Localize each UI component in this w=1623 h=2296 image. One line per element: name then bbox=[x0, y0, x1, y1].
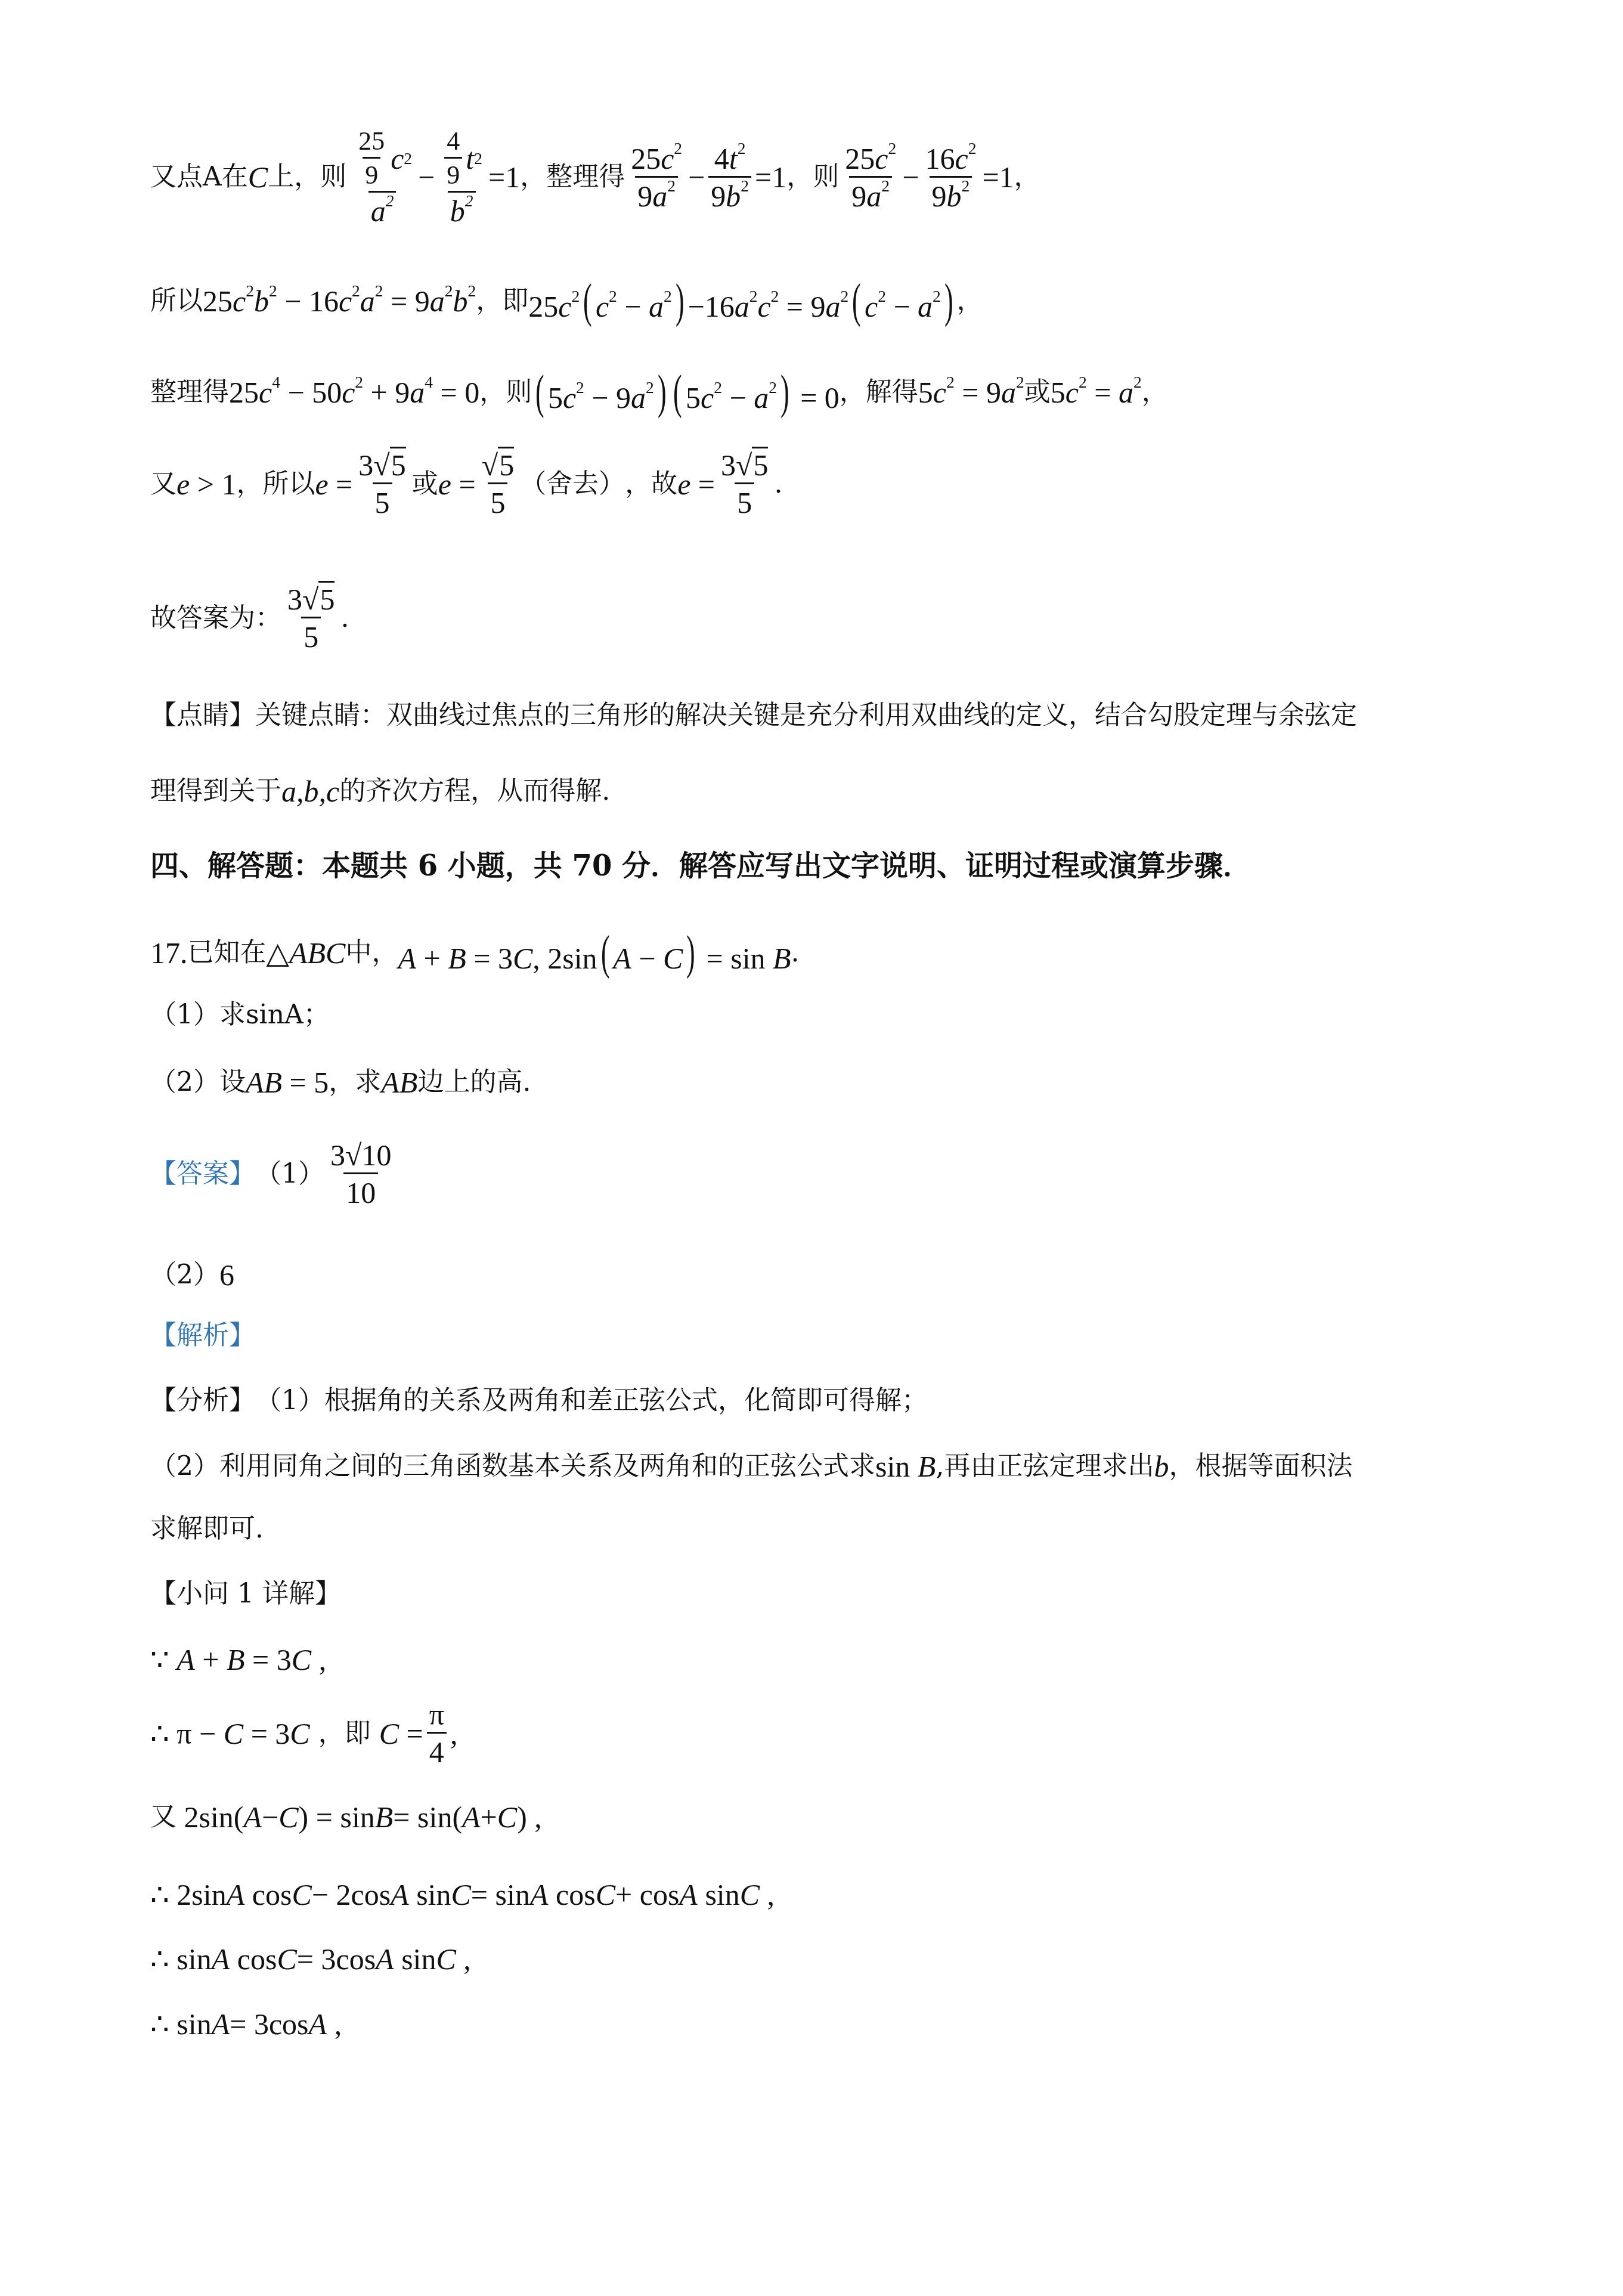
text: 故答案为： bbox=[150, 605, 281, 632]
text: 中， bbox=[345, 940, 398, 966]
text: ， bbox=[1142, 379, 1168, 406]
math-expr: 25c2(c2 − a2)−16a2c2 = 9a2(c2 − a2) bbox=[528, 277, 956, 325]
text: 所以 bbox=[150, 288, 203, 314]
math-expr: 25c4 − 50c2 + 9a4 = 0 bbox=[229, 377, 479, 407]
text: 求sinA； bbox=[219, 1002, 330, 1028]
solution-line-3: 整理得 25c4 − 50c2 + 9a4 = 0 ，则 (5c2 − 9a2)… bbox=[150, 369, 1168, 416]
analysis-line-1: 【分析】 （1）根据角的关系及两角和差正弦公式，化简即可得解； bbox=[150, 1388, 928, 1414]
text: ，故 bbox=[625, 471, 677, 497]
text: 理得到关于 bbox=[150, 778, 281, 804]
complex-fraction-1: 259c2a2 − 49t2b2 =1 bbox=[346, 128, 520, 226]
text: （1） bbox=[150, 1002, 219, 1028]
text: （2） bbox=[150, 1069, 219, 1096]
text: 又点A在 bbox=[150, 164, 248, 190]
solution-line-4: 又 e > 1 ，所以 e =3√55 或 e =√55 （舍去） ，故 e =… bbox=[150, 450, 782, 518]
analysis-line-2: （2）利用同角之间的三角函数基本关系及两角和的正弦公式求 sin B ,再由正弦… bbox=[150, 1452, 1352, 1481]
text: （1）根据角的关系及两角和差正弦公式，化简即可得解； bbox=[255, 1388, 928, 1414]
detail-step-5: ∴ sin A cos C = 3cos A sin C , bbox=[150, 1944, 471, 1974]
text: 整理得 bbox=[150, 379, 229, 406]
math-expr: 5c2 = a2 bbox=[1051, 377, 1142, 407]
text: ，根据等面积法 bbox=[1169, 1453, 1352, 1480]
text: 已知在 bbox=[188, 940, 267, 966]
text: 或 bbox=[1024, 379, 1051, 406]
math-expr: (5c2 − 9a2)(5c2 − a2) = 0 bbox=[532, 369, 840, 416]
math-var: a,b,c bbox=[281, 776, 339, 806]
detail-step-4: ∴ 2sin A cos C − 2cos A sin C = sin A co… bbox=[150, 1880, 775, 1910]
text: ，所以 bbox=[236, 471, 315, 497]
text: ，整理得 bbox=[520, 164, 625, 190]
text: . bbox=[774, 471, 782, 497]
answer-line-1: 【答案】 （1） 3√1010 bbox=[150, 1140, 397, 1208]
math-expr: 3√55 bbox=[281, 584, 340, 652]
text: 设 bbox=[219, 1069, 246, 1096]
problem-number: 17. bbox=[150, 938, 188, 968]
text: 或 bbox=[412, 471, 438, 497]
math-var: △ABC bbox=[267, 938, 346, 968]
math-expr: A + B = 3C, 2sin(A − C) = sin B bbox=[398, 929, 791, 977]
math-expr: e =3√55 bbox=[315, 450, 411, 518]
comment-line-2: 理得到关于 a,b,c 的齐次方程，从而得解. bbox=[150, 776, 610, 806]
problem-17-q1: （1） 求sinA； bbox=[150, 1002, 330, 1028]
text: ，求 bbox=[329, 1069, 381, 1096]
text: ，解得 bbox=[840, 379, 918, 406]
analysis-tag: 【解析】 bbox=[150, 1323, 255, 1349]
text: ，则 bbox=[786, 164, 839, 190]
math-expr: e > 1 bbox=[176, 469, 236, 499]
text: （1） bbox=[255, 1161, 324, 1187]
text: . bbox=[340, 605, 349, 632]
math-expr: AB = 5 bbox=[246, 1067, 329, 1097]
detail-1-tag: 【小问 1 详解】 bbox=[150, 1581, 341, 1607]
math-expr: e =3√55 bbox=[677, 450, 774, 518]
text: 关键点睛：双曲线过焦点的三角形的解决关键是充分利用双曲线的定义，结合勾股定理与余… bbox=[255, 703, 1357, 729]
text: ，即 bbox=[476, 288, 528, 314]
detail-step-6: ∴ sin A = 3cos A , bbox=[150, 2009, 342, 2039]
final-answer-line: 故答案为： 3√55 . bbox=[150, 584, 349, 652]
text: ,再由正弦定理求出 bbox=[936, 1453, 1154, 1480]
math-expr: 6 bbox=[219, 1260, 234, 1290]
comment-tag: 【点睛】 bbox=[150, 703, 255, 729]
text: （舍去） bbox=[520, 471, 625, 497]
solution-line-1: 又点A在 C 上，则 259c2a2 − 49t2b2 =1 ，整理得 25c2… bbox=[150, 128, 1040, 226]
math-expr: 25c2b2 − 16c2a2 = 9a2b2 bbox=[203, 286, 476, 316]
math-expr: 3√1010 bbox=[324, 1140, 397, 1208]
text: 边上的高. bbox=[417, 1069, 531, 1096]
text: ， bbox=[1014, 164, 1040, 190]
text: 又 bbox=[150, 471, 176, 497]
analysis-line-3: 求解即可. bbox=[150, 1516, 264, 1542]
detail-step-3: 又 2sin(A − C) = sin B = sin(A + C) , bbox=[150, 1802, 542, 1832]
math-expr: sin B bbox=[875, 1452, 936, 1481]
analysis-subtag: 【分析】 bbox=[150, 1388, 255, 1414]
comment-line-1: 【点睛】 关键点睛：双曲线过焦点的三角形的解决关键是充分利用双曲线的定义，结合勾… bbox=[150, 703, 1357, 729]
text: . bbox=[791, 940, 800, 966]
text: ， bbox=[957, 288, 983, 314]
math-var: AB bbox=[381, 1067, 417, 1097]
detail-step-1: ∵ A + B = 3C , bbox=[150, 1645, 326, 1675]
text: 的齐次方程，从而得解. bbox=[339, 778, 610, 804]
answer-tag: 【答案】 bbox=[150, 1161, 255, 1187]
problem-17-q2: （2） 设 AB = 5 ，求 AB 边上的高. bbox=[150, 1067, 531, 1097]
problem-17-stem: 17. 已知在 △ABC 中， A + B = 3C, 2sin(A − C) … bbox=[150, 929, 800, 977]
detail-step-2: ∴ π − C = 3C ，即 C =π4, bbox=[150, 1700, 457, 1767]
text: 上，则 bbox=[268, 164, 346, 190]
fraction-eq-2: 25c29a2−4t29b2=1 bbox=[625, 144, 786, 211]
answer-line-2: （2） 6 bbox=[150, 1260, 234, 1290]
solution-line-2: 所以 25c2b2 − 16c2a2 = 9a2b2 ，即 25c2(c2 − … bbox=[150, 277, 983, 325]
text: ，则 bbox=[479, 379, 532, 406]
math-var: b bbox=[1154, 1452, 1169, 1481]
math-var: C bbox=[248, 162, 268, 192]
math-expr: e =√55 bbox=[438, 450, 520, 518]
text: （2）利用同角之间的三角函数基本关系及两角和的正弦公式求 bbox=[150, 1453, 875, 1480]
text: （2） bbox=[150, 1262, 219, 1288]
fraction-eq-3: 25c29a2−16c29b2=1 bbox=[839, 144, 1014, 211]
section-heading: 四、解答题：本题共 6 小题，共 70 分．解答应写出文字说明、证明过程或演算步… bbox=[150, 852, 1252, 880]
math-expr: 5c2 = 9a2 bbox=[918, 377, 1024, 407]
